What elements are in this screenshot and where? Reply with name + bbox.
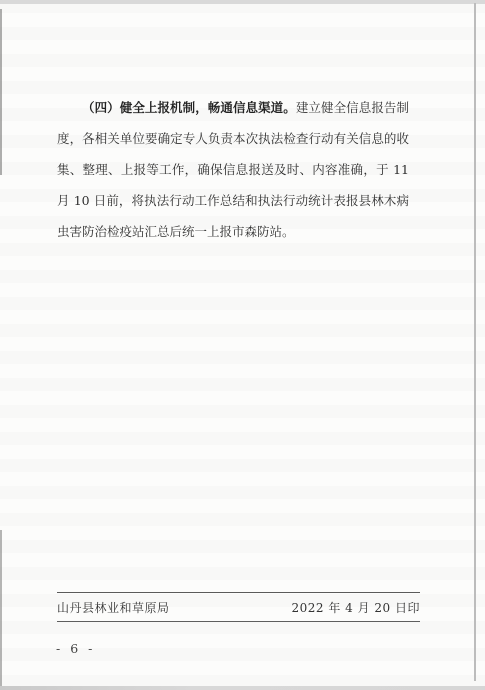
- paragraph-body-text: 建立健全信息报告制度，各相关单位要确定专人负责本次执法检查行动有关信息的收集、整…: [57, 100, 409, 239]
- paragraph-bold-lead: （四）健全上报机制，畅通信息渠道。: [82, 100, 296, 115]
- scan-artifact-top-edge: [0, 0, 485, 4]
- body-paragraph: （四）健全上报机制，畅通信息渠道。建立健全信息报告制度，各相关单位要确定专人负责…: [57, 92, 409, 247]
- print-date: 2022 年 4 月 20 日印: [291, 601, 420, 616]
- footer-top-rule: [57, 592, 420, 593]
- scan-artifact-left-edge-top: [0, 9, 2, 175]
- scanned-document-page: { "paragraph": { "bold_lead": "（四）健全上报机制…: [0, 0, 485, 690]
- footer-row: 山丹县林业和草原局 2022 年 4 月 20 日印: [57, 601, 420, 622]
- scan-artifact-left-edge-bottom: [0, 530, 2, 687]
- page-number: - 6 -: [56, 641, 95, 656]
- issuer-name: 山丹县林业和草原局: [57, 601, 170, 616]
- scan-artifact-right-edge-line: [474, 3, 476, 681]
- scan-artifact-bottom-edge: [0, 686, 485, 690]
